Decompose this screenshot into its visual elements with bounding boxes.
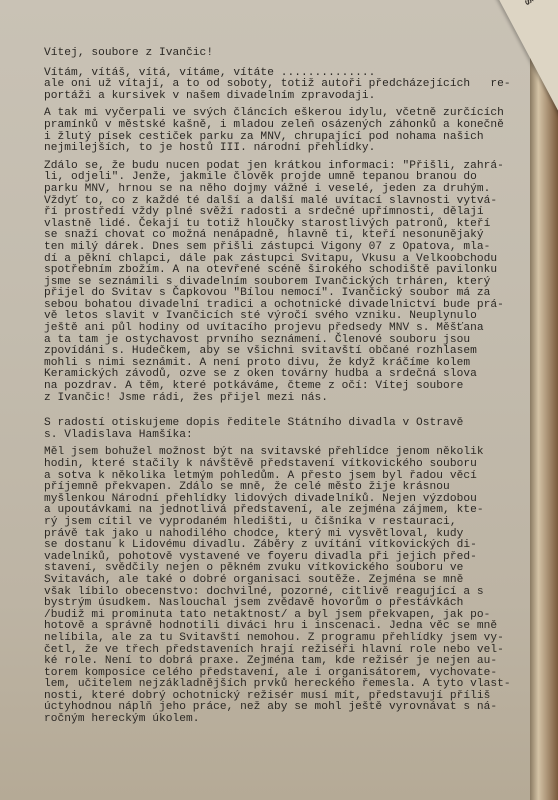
text-line: s. Vladislava Hamšíka: [44, 430, 514, 442]
document-heading: Vítej, soubore z Ivančic! [44, 48, 514, 60]
text-line: spotřebním zbožím. A na otevřené scéně š… [44, 265, 514, 277]
paragraph-2: A tak mi vyčerpali ve svých článcích ešk… [44, 108, 514, 154]
text-line: ké role. Není to dobrá praxe. Zejména ta… [44, 656, 514, 668]
text-line: Svitavách, ale také o dobré organisaci s… [44, 575, 514, 587]
text-line: bystrým úsudkem. Naslouchal jsem zvědavě… [44, 598, 514, 610]
paragraph-4: S radostí otiskujeme dopis ředitele Stát… [44, 418, 514, 441]
text-line: hodin, které stačily k návštěvě představ… [44, 459, 514, 471]
text-line: se dostanu k Lidovému divadlu. Záběry z … [44, 540, 514, 552]
text-line: ten milý dárek. Dnes sem přišli zástupci… [44, 242, 514, 254]
paragraph-5-letter: Měl jsem bohužel možnost být na svitavsk… [44, 447, 514, 725]
paragraph-3: Zdálo se, že budu nucen podat jen krátko… [44, 161, 514, 404]
text-line: ročným hereckým úkolem. [44, 714, 514, 726]
typewritten-text: Vítej, soubore z Ivančic! Vítám, vítáš, … [44, 48, 514, 732]
heading-text: Vítej, soubore z Ivančic! [44, 48, 514, 60]
text-line: ří prostředí vždy plné svěží radosti a s… [44, 207, 514, 219]
text-line: nejmilejších, to je hostů III. národní p… [44, 143, 514, 155]
text-line: ještě ani půl hodiny od uvítacího projev… [44, 323, 514, 335]
text-line: nelíbila, ale za tu Svitavští nemohou. Z… [44, 633, 514, 645]
adjacent-page-text: Náš [514, 0, 535, 9]
text-line: na pozdrav. A těm, které potkáváme, čtem… [44, 381, 514, 393]
document-page: Vítej, soubore z Ivančic! Vítám, vítáš, … [0, 0, 530, 800]
text-line: parku MNV, hrnou se na něho dojmy vážné … [44, 184, 514, 196]
text-line: pramínků v městské kašně, i mladou zeleň… [44, 120, 514, 132]
text-line: rý jsem cítil ve vyprodaném hledišti, u … [44, 517, 514, 529]
page-stack-edge [530, 0, 558, 800]
paragraph-1: Vítám, vítáš, vítá, vítáme, vítáte .....… [44, 68, 514, 103]
text-line: portáži a kursivek v našem divadelním zp… [44, 91, 514, 103]
text-line: z Ivančic! Jsme rádi, žes přijel mezi ná… [44, 393, 514, 405]
